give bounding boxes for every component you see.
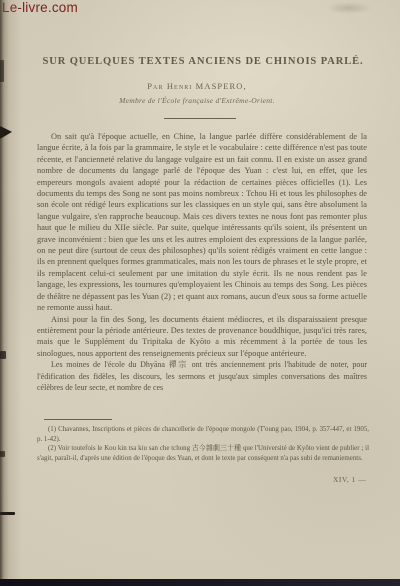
article-page: SUR QUELQUES TEXTES ANCIENS DE CHINOIS P… xyxy=(0,0,400,586)
article-byline: Par Henri MASPERO, xyxy=(0,81,394,91)
article-body: On sait qu'à l'époque actuelle, en Chine… xyxy=(37,131,367,415)
article-title: SUR QUELQUES TEXTES ANCIENS DE CHINOIS P… xyxy=(20,56,386,67)
footnote: (1) Chavannes, Inscriptions et pièces de… xyxy=(37,425,369,444)
signature-mark: XIV, 1 — xyxy=(333,475,366,484)
paragraph: Ainsi pour la fin des Song, les document… xyxy=(37,314,367,360)
scanned-page-photo: Le-livre.com SUR QUELQUES TEXTES ANCIENS… xyxy=(0,0,400,586)
footnote: (2) Voir toutefois le Kou kin tsa kiu sa… xyxy=(37,444,369,463)
binding-mark xyxy=(0,60,4,82)
article-affiliation: Membre de l'École française d'Extrême-Or… xyxy=(0,96,394,105)
paragraph: Les moines de l'école du Dhyāna 禪宗 ont t… xyxy=(37,359,367,393)
binding-mark xyxy=(0,512,15,515)
binding-mark xyxy=(0,451,5,457)
footnote-separator-rule xyxy=(44,419,112,420)
photo-bottom-edge xyxy=(0,579,400,586)
paragraph: On sait qu'à l'époque actuelle, en Chine… xyxy=(37,131,367,314)
binding-mark xyxy=(0,351,6,359)
book-gutter-shadow xyxy=(0,0,22,586)
title-divider-rule xyxy=(164,118,236,119)
footnotes-block: (1) Chavannes, Inscriptions et pièces de… xyxy=(37,425,369,473)
